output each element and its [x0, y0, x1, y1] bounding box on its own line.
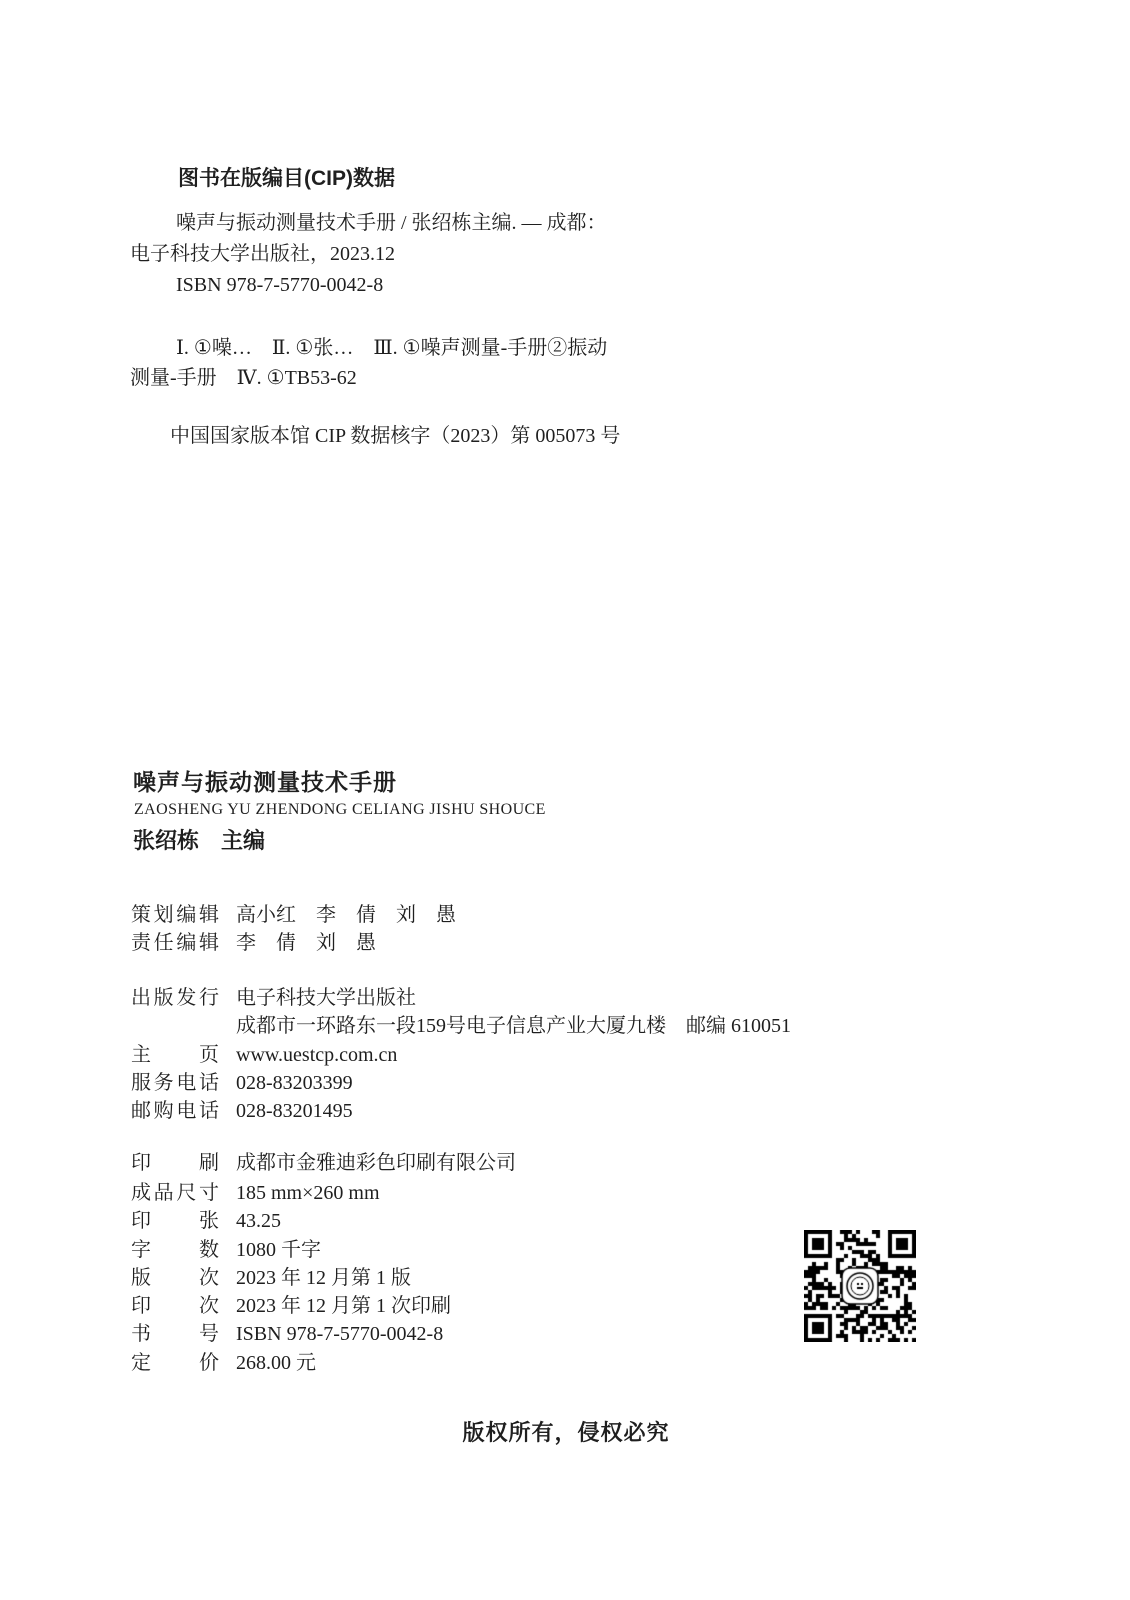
row-value: ISBN 978-7-5770-0042-8 — [236, 1323, 443, 1345]
row-label: 邮购电话 — [131, 1099, 219, 1124]
row-value: 028-83203399 — [236, 1072, 353, 1094]
row-label: 字 数 — [131, 1238, 219, 1263]
row-label: 出版发行 — [131, 986, 219, 1011]
row-value: 李 倩 刘 愚 — [236, 932, 376, 954]
row-value: 成都市金雅迪彩色印刷有限公司 — [236, 1152, 516, 1174]
row-printed-sheets: 印 张43.25 — [131, 1209, 281, 1234]
cip-description-line-1: 噪声与振动测量技术手册 / 张绍栋主编. — 成都： — [176, 211, 607, 236]
row-label: 策划编辑 — [131, 903, 219, 928]
row-label: 责任编辑 — [131, 931, 219, 956]
row-value: 268.00 元 — [236, 1352, 316, 1374]
row-planning-editors: 策划编辑高小红 李 倩 刘 愚 — [131, 903, 456, 928]
book-copyright-page: 图书在版编目(CIP)数据 噪声与振动测量技术手册 / 张绍栋主编. — 成都：… — [0, 0, 1130, 1600]
row-label: 印 次 — [131, 1294, 219, 1319]
copyright-notice: 版权所有，侵权必究 — [16, 1416, 1116, 1447]
row-mail-order-phone: 邮购电话028-83201495 — [131, 1099, 353, 1124]
row-price: 定 价268.00 元 — [131, 1351, 316, 1376]
row-impression: 印 次2023 年 12 月第 1 次印刷 — [131, 1294, 451, 1319]
cip-isbn-line: ISBN 978-7-5770-0042-8 — [176, 273, 383, 298]
row-label: 主 页 — [131, 1043, 219, 1068]
row-homepage: 主 页www.uestcp.com.cn — [131, 1043, 397, 1068]
row-label: 成品尺寸 — [131, 1181, 219, 1206]
chief-editor-line: 张绍栋 主编 — [133, 827, 265, 855]
row-label: 定 价 — [131, 1351, 219, 1376]
homepage-url: www.uestcp.com.cn — [236, 1044, 397, 1066]
row-value: 2023 年 12 月第 1 版 — [236, 1267, 411, 1289]
row-label: 服务电话 — [131, 1071, 219, 1096]
row-value: 高小红 李 倩 刘 愚 — [236, 904, 456, 926]
row-value: 电子科技大学出版社 — [236, 987, 416, 1009]
row-responsible-editors: 责任编辑李 倩 刘 愚 — [131, 931, 376, 956]
row-value: 43.25 — [236, 1210, 281, 1232]
cip-classification-line-1: Ⅰ. ①噪… Ⅱ. ①张… Ⅲ. ①噪声测量-手册②振动 — [176, 336, 607, 361]
row-value: 028-83201495 — [236, 1100, 353, 1122]
publisher-address: 成都市一环路东一段159号电子信息产业大厦九楼 邮编 610051 — [236, 1014, 791, 1039]
row-value: 2023 年 12 月第 1 次印刷 — [236, 1295, 451, 1317]
row-publisher: 出版发行电子科技大学出版社 — [131, 986, 416, 1011]
row-value: 1080 千字 — [236, 1239, 321, 1261]
qr-code — [804, 1230, 916, 1342]
row-value: 185 mm×260 mm — [236, 1182, 380, 1204]
row-edition: 版 次2023 年 12 月第 1 版 — [131, 1266, 411, 1291]
row-trim-size: 成品尺寸185 mm×260 mm — [131, 1181, 380, 1206]
book-title-pinyin: ZAOSHENG YU ZHENDONG CELIANG JISHU SHOUC… — [134, 800, 546, 820]
cip-registry-line: 中国国家版本馆 CIP 数据核字（2023）第 005073 号 — [170, 424, 620, 449]
row-label: 书 号 — [131, 1322, 219, 1347]
cip-classification-line-2: 测量-手册 Ⅳ. ①TB53-62 — [130, 366, 357, 391]
row-label: 印 刷 — [131, 1151, 219, 1176]
book-title: 噪声与振动测量技术手册 — [133, 768, 397, 797]
cip-header: 图书在版编目(CIP)数据 — [178, 166, 395, 192]
row-service-phone: 服务电话028-83203399 — [131, 1071, 353, 1096]
row-printer: 印 刷成都市金雅迪彩色印刷有限公司 — [131, 1151, 516, 1176]
row-book-number: 书 号ISBN 978-7-5770-0042-8 — [131, 1322, 443, 1347]
row-label: 印 张 — [131, 1209, 219, 1234]
row-label: 版 次 — [131, 1266, 219, 1291]
row-word-count: 字 数1080 千字 — [131, 1238, 321, 1263]
cip-description-line-2: 电子科技大学出版社，2023.12 — [130, 242, 395, 267]
